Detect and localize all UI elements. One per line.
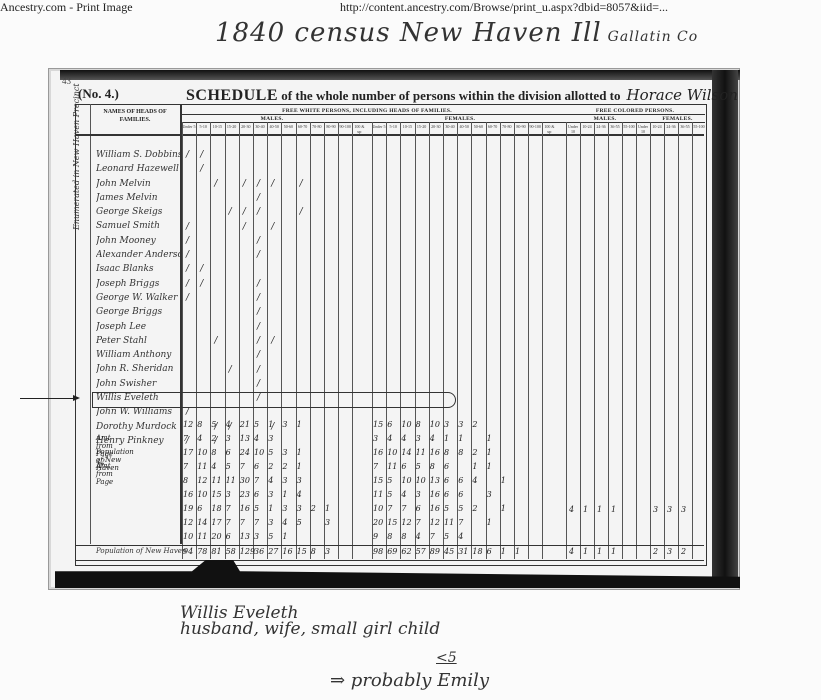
header-rule — [180, 114, 705, 115]
summary-value: 6 — [416, 504, 421, 513]
summary-value: 15 — [211, 490, 221, 499]
tally-mark: / — [271, 222, 274, 232]
column-rule — [650, 122, 651, 559]
summary-value: 5 — [297, 518, 302, 527]
summary-value: 2 — [472, 504, 477, 513]
summary-value: 13 — [240, 434, 250, 443]
age-column-header: 70-80 — [310, 124, 324, 129]
family-head-name: John Mooney — [96, 236, 180, 250]
tally-mark: / — [186, 264, 189, 274]
summary-value: 5 — [458, 504, 463, 513]
tally-mark: / — [257, 365, 260, 375]
left-pointer-arrow-icon — [20, 398, 78, 399]
tally-mark: / — [257, 207, 260, 217]
handwritten-title: 1840 census New Haven IllGallatin Co — [215, 18, 698, 48]
summary-value: 3 — [226, 434, 231, 443]
age-column-header: 80-90 — [324, 124, 338, 129]
note-line-2: husband, wife, small girl child — [180, 621, 440, 637]
summary-value: 16 — [430, 504, 440, 513]
summary-value: 1 — [487, 448, 492, 457]
family-head-name: William Anthony — [96, 350, 180, 364]
age-column-header: 90-100 — [528, 124, 542, 129]
summary-value: 16 — [430, 490, 440, 499]
age-column-header: 90-100 — [338, 124, 352, 129]
summary-value: 21 — [240, 420, 250, 429]
tally-mark: / — [186, 250, 189, 260]
summary-value: 1 — [487, 462, 492, 471]
age-column-header: 24-36 — [594, 124, 608, 129]
summary-value: 13 — [430, 476, 440, 485]
summary-value: 6 — [458, 476, 463, 485]
summary-value: 1 — [297, 448, 302, 457]
scan-top-edge — [60, 70, 740, 80]
tally-mark: / — [257, 307, 260, 317]
summary-value: 7 — [240, 518, 245, 527]
tally-mark: / — [186, 279, 189, 289]
summary-value: 3 — [282, 504, 287, 513]
summary-value: 12 — [430, 518, 440, 527]
colored-summary-value: 3 — [667, 505, 672, 514]
summary-value: 3 — [268, 434, 273, 443]
family-head-name: Leonard Hazewell — [96, 164, 180, 178]
summary-value: 4 — [401, 490, 406, 499]
family-head-name: Joseph Briggs — [96, 279, 180, 293]
summary-value: 4 — [458, 532, 463, 541]
age-column-header: 60-70 — [486, 124, 500, 129]
summary-value: 3 — [282, 420, 287, 429]
summary-value: 4 — [387, 434, 392, 443]
summary-value: 7 — [183, 434, 188, 443]
highlight-circle — [92, 392, 456, 408]
tally-mark: / — [243, 179, 246, 189]
column-rule — [608, 122, 609, 559]
tally-mark: / — [200, 264, 203, 274]
summary-value: 30 — [240, 476, 250, 485]
summary-value: 1 — [487, 518, 492, 527]
summary-value: 1 — [282, 532, 287, 541]
colored-summary-value: 1 — [597, 505, 602, 514]
tally-mark: / — [257, 350, 260, 360]
family-head-name: James Melvin — [96, 193, 180, 207]
summary-value: 6 — [226, 532, 231, 541]
column-rule — [664, 122, 665, 559]
age-column-header: 40-50 — [267, 124, 281, 129]
summary-value: 10 — [197, 490, 207, 499]
summary-value: 11 — [226, 476, 236, 485]
tally-mark: / — [257, 179, 260, 189]
age-column-header: Under 10 — [636, 124, 650, 134]
summary-value: 23 — [240, 490, 250, 499]
summary-value: 2 — [472, 448, 477, 457]
summary-value: 1 — [297, 420, 302, 429]
summary-value: 5 — [387, 476, 392, 485]
summary-value: 19 — [183, 504, 193, 513]
column-rule — [514, 122, 515, 559]
tally-mark: / — [186, 293, 189, 303]
page-number: 43 — [62, 76, 71, 86]
tally-mark: / — [257, 279, 260, 289]
summary-value: 3 — [268, 518, 273, 527]
note-emily: ⇒ probably Emily — [330, 670, 489, 691]
summary-value: 7 — [387, 504, 392, 513]
tally-mark: / — [257, 250, 260, 260]
family-head-name: George Skeigs — [96, 207, 180, 221]
summary-value: 5 — [211, 420, 216, 429]
summary-value: 1 — [268, 420, 273, 429]
summary-value: 20 — [211, 532, 221, 541]
summary-value: 3 — [268, 490, 273, 499]
age-column-header: 50-60 — [281, 124, 295, 129]
summary-value: 4 — [197, 434, 202, 443]
age-column-header: 40-50 — [457, 124, 471, 129]
summary-value: 6 — [458, 490, 463, 499]
summary-value: 16 — [373, 448, 383, 457]
summary-value: 24 — [240, 448, 250, 457]
summary-value: 6 — [444, 490, 449, 499]
page-header-title: Ancestry.com - Print Image — [0, 0, 133, 15]
summary-value: 7 — [430, 532, 435, 541]
tally-mark: / — [257, 336, 260, 346]
summary-value: 3 — [373, 434, 378, 443]
age-column-header: Under 5 — [372, 124, 386, 129]
schedule-title-bold: SCHEDULE — [186, 87, 278, 104]
summary-value: 10 — [430, 420, 440, 429]
age-column-header: 100 & up — [542, 124, 556, 134]
summary-value: 7 — [373, 462, 378, 471]
summary-value: 3 — [297, 476, 302, 485]
tally-mark: / — [200, 164, 203, 174]
summary-value: 5 — [226, 462, 231, 471]
summary-value: 11 — [416, 448, 426, 457]
family-head-name: George W. Walker — [96, 293, 180, 307]
summary-value: 8 — [430, 462, 435, 471]
summary-value: 3 — [297, 504, 302, 513]
family-head-name: George Briggs — [96, 307, 180, 321]
family-head-name: Alexander Anderson — [96, 250, 180, 264]
summary-value: 11 — [211, 476, 221, 485]
summary-value: 7 — [240, 462, 245, 471]
summary-value: 8 — [211, 448, 216, 457]
summary-value: 4 — [211, 462, 216, 471]
tally-mark: / — [300, 179, 303, 189]
summary-value: 4 — [226, 420, 231, 429]
summary-value: 3 — [226, 490, 231, 499]
colored-summary-value: 4 — [569, 505, 574, 514]
summary-value: 10 — [387, 448, 397, 457]
summary-value: 3 — [416, 490, 421, 499]
summary-value: 17 — [183, 448, 193, 457]
tally-mark: / — [271, 336, 274, 346]
age-column-header: 20-30 — [239, 124, 253, 129]
summary-value: 11 — [444, 518, 454, 527]
colored-summary-value: 1 — [611, 505, 616, 514]
summary-value: 8 — [416, 420, 421, 429]
summary-value: 1 — [472, 462, 477, 471]
summary-value: 7 — [226, 504, 231, 513]
summary-value: 5 — [254, 504, 259, 513]
summary-value: 2 — [472, 420, 477, 429]
family-head-name: William S. Dobbins — [96, 150, 180, 164]
summary-value: 10 — [197, 448, 207, 457]
summary-value: 6 — [254, 462, 259, 471]
column-rule — [471, 122, 472, 559]
summary-value: 10 — [401, 420, 411, 429]
summary-value: 13 — [240, 532, 250, 541]
summary-value: 12 — [401, 518, 411, 527]
summary-value: 14 — [197, 518, 207, 527]
summary-value: 4 — [282, 518, 287, 527]
age-column-header: 80-90 — [514, 124, 528, 129]
tally-mark: / — [271, 179, 274, 189]
summary-value: 5 — [416, 462, 421, 471]
summary-value: 8 — [197, 420, 202, 429]
column-rule — [528, 122, 529, 559]
age-column-header: 10-24 — [650, 124, 664, 129]
summary-value: 10 — [401, 476, 411, 485]
summary-value: 6 — [387, 420, 392, 429]
summary-value: 5 — [387, 490, 392, 499]
family-head-name: Peter Stahl — [96, 336, 180, 350]
schedule-title: SCHEDULE of the whole number of persons … — [186, 86, 738, 105]
age-column-header: Under 10 — [566, 124, 580, 134]
schedule-title-rest: of the whole number of persons within th… — [281, 88, 620, 103]
summary-value: 4 — [472, 476, 477, 485]
summary-value: 11 — [373, 490, 383, 499]
tally-mark: / — [257, 322, 260, 332]
tally-mark: / — [257, 293, 260, 303]
tally-mark: / — [200, 150, 203, 160]
summary-value: 3 — [282, 476, 287, 485]
age-column-header: 10-15 — [210, 124, 224, 129]
colored-summary-value: 3 — [681, 505, 686, 514]
tally-mark: / — [186, 236, 189, 246]
colored-summary-value: 1 — [583, 505, 588, 514]
column-rule — [352, 122, 353, 559]
age-column-header: 100 & up — [352, 124, 366, 134]
age-column-header: 15-20 — [415, 124, 429, 129]
summary-value: 6 — [444, 476, 449, 485]
summary-value: 4 — [297, 490, 302, 499]
note-under-5: <5 — [436, 650, 457, 666]
summary-value: 17 — [211, 518, 221, 527]
age-column-header: 36-55 — [678, 124, 692, 129]
tally-mark: / — [257, 379, 260, 389]
summary-value: 1 — [268, 504, 273, 513]
summary-value: 12 — [197, 476, 207, 485]
summary-value: 4 — [430, 434, 435, 443]
age-column-header: 55-100 — [692, 124, 706, 129]
summary-label: Amt from Page — [96, 462, 113, 486]
summary-value: 3 — [487, 490, 492, 499]
summary-value: 11 — [197, 532, 207, 541]
summary-value: 8 — [458, 448, 463, 457]
age-column-header: 20-30 — [429, 124, 443, 129]
scan-book-binding — [712, 70, 738, 585]
summary-value: 10 — [183, 532, 193, 541]
summary-value: 3 — [325, 518, 330, 527]
column-rule — [338, 122, 339, 559]
handwritten-title-main: 1840 census New Haven Ill — [215, 18, 602, 48]
summary-value: 15 — [387, 518, 397, 527]
summary-value: 7 — [416, 518, 421, 527]
tally-mark: / — [214, 336, 217, 346]
summary-value: 5 — [444, 504, 449, 513]
age-column-header: 30-40 — [253, 124, 267, 129]
summary-value: 16 — [240, 504, 250, 513]
age-column-header: 5-10 — [196, 124, 210, 129]
summary-value: 3 — [416, 434, 421, 443]
summary-value: 15 — [373, 476, 383, 485]
tally-mark: / — [200, 279, 203, 289]
summary-value: 6 — [401, 462, 406, 471]
age-column-header: 30-40 — [443, 124, 457, 129]
family-head-name: John R. Sheridan — [96, 364, 180, 378]
summary-value: 11 — [197, 462, 207, 471]
summary-value: 1 — [501, 504, 506, 513]
column-rule — [692, 122, 693, 559]
column-rule — [324, 122, 325, 559]
family-head-name: John W. Williams — [96, 407, 180, 421]
column-rule — [622, 122, 623, 559]
summary-value: 9 — [373, 532, 378, 541]
tally-mark: / — [229, 207, 232, 217]
column-rule — [500, 122, 501, 559]
handwritten-county: Gallatin Co — [608, 29, 699, 45]
tally-mark: / — [257, 236, 260, 246]
summary-value: 10 — [373, 504, 383, 513]
summary-value: 2 — [268, 462, 273, 471]
colored-summary-value: 3 — [653, 505, 658, 514]
summary-value: 14 — [401, 448, 411, 457]
family-head-name: Isaac Blanks — [96, 264, 180, 278]
summary-value: 8 — [183, 476, 188, 485]
tally-mark: / — [243, 222, 246, 232]
totals-label: Population of New Haven — [96, 547, 186, 555]
summary-value: 3 — [254, 532, 259, 541]
summary-value: 5 — [268, 532, 273, 541]
summary-value: 6 — [444, 462, 449, 471]
summary-value: 5 — [268, 448, 273, 457]
column-rule — [678, 122, 679, 559]
age-column-header: 36-55 — [608, 124, 622, 129]
summary-value: 16 — [183, 490, 193, 499]
margin-note: Enumerated in New Haven Precinct — [72, 83, 81, 230]
summary-value: 1 — [297, 462, 302, 471]
column-rule — [580, 122, 581, 559]
tally-mark: / — [300, 207, 303, 217]
column-rule — [310, 122, 311, 559]
column-rule — [542, 122, 543, 559]
header-bottom-rule — [76, 134, 704, 136]
summary-value: 4 — [401, 434, 406, 443]
summary-value: 3 — [458, 420, 463, 429]
summary-value: 2 — [311, 504, 316, 513]
summary-value: 5 — [444, 532, 449, 541]
summary-value: 16 — [430, 448, 440, 457]
age-column-header: 60-70 — [296, 124, 310, 129]
column-rule — [636, 122, 637, 559]
summary-value: 2 — [211, 434, 216, 443]
summary-value: 6 — [254, 490, 259, 499]
tally-mark: / — [186, 222, 189, 232]
summary-value: 12 — [183, 518, 193, 527]
summary-value: 6 — [226, 448, 231, 457]
summary-value: 6 — [197, 504, 202, 513]
summary-value: 8 — [387, 532, 392, 541]
column-rule — [566, 122, 567, 559]
summary-value: 1 — [282, 490, 287, 499]
age-column-header: 24-36 — [664, 124, 678, 129]
summary-value: 20 — [373, 518, 383, 527]
summary-value: 1 — [458, 434, 463, 443]
age-column-header: 10-15 — [400, 124, 414, 129]
summary-value: 1 — [487, 434, 492, 443]
summary-value: 8 — [444, 448, 449, 457]
summary-value: 8 — [401, 532, 406, 541]
summary-value: 3 — [282, 448, 287, 457]
summary-value: 18 — [211, 504, 221, 513]
age-column-header: 55-100 — [622, 124, 636, 129]
summary-value: 7 — [458, 518, 463, 527]
summary-value: 7 — [254, 476, 259, 485]
tally-mark: / — [214, 179, 217, 189]
enumerator-name: Horace Wilson — [627, 86, 738, 104]
summary-value: 7 — [226, 518, 231, 527]
tally-mark: / — [186, 407, 189, 417]
summary-value: 1 — [325, 504, 330, 513]
summary-value: 2 — [282, 462, 287, 471]
column-rule — [594, 122, 595, 559]
summary-value: 10 — [254, 448, 264, 457]
summary-value: 4 — [416, 532, 421, 541]
summary-value: 12 — [183, 420, 193, 429]
age-column-header: 10-24 — [580, 124, 594, 129]
age-column-header: 50-60 — [471, 124, 485, 129]
summary-value: 15 — [373, 420, 383, 429]
age-column-header: 5-10 — [386, 124, 400, 129]
summary-value: 3 — [444, 420, 449, 429]
summary-value: 4 — [254, 434, 259, 443]
page-header-url: http://content.ancestry.com/Browse/print… — [340, 0, 668, 15]
age-column-header: Under 5 — [182, 124, 196, 129]
names-header: NAMES OF HEADS OF FAMILIES. — [92, 108, 178, 124]
summary-value: 5 — [254, 420, 259, 429]
age-column-header: 15-20 — [225, 124, 239, 129]
summary-value: 7 — [254, 518, 259, 527]
family-head-name: Samuel Smith — [96, 221, 180, 235]
family-head-name: Joseph Lee — [96, 322, 180, 336]
handwritten-note: Willis Eveleth husband, wife, small girl… — [180, 605, 440, 637]
family-head-name: John Swisher — [96, 379, 180, 393]
tally-mark: / — [229, 365, 232, 375]
tally-mark: / — [186, 150, 189, 160]
family-head-name: John Melvin — [96, 179, 180, 193]
schedule-number: (No. 4.) — [78, 86, 119, 102]
tally-mark: / — [257, 193, 260, 203]
age-column-header: 70-80 — [500, 124, 514, 129]
summary-value: 7 — [183, 462, 188, 471]
tally-mark: / — [243, 207, 246, 217]
summary-value: 4 — [268, 476, 273, 485]
summary-value: 1 — [501, 476, 506, 485]
summary-value: 11 — [387, 462, 397, 471]
summary-value: 10 — [416, 476, 426, 485]
summary-value: 7 — [401, 504, 406, 513]
summary-value: 1 — [444, 434, 449, 443]
